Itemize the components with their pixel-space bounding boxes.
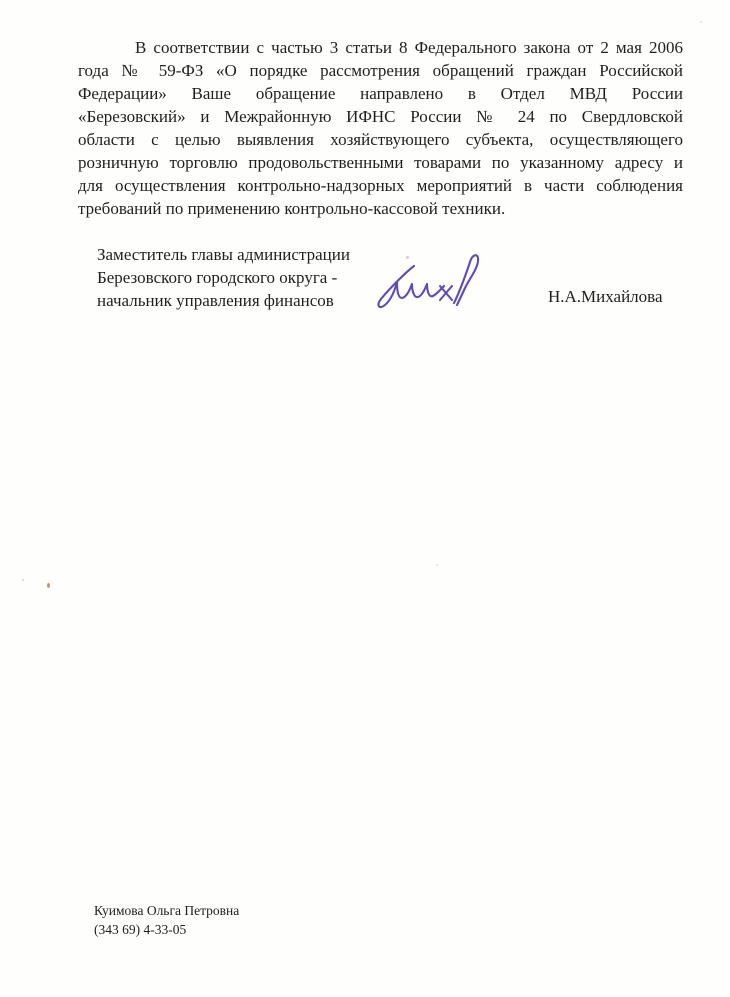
scan-speck [22,579,24,581]
scan-speck [700,21,702,23]
paragraph-line: Федерации» Ваше обращение направлено в О… [78,82,683,105]
paragraph-line: области с целью выявления хозяйствующего… [78,128,683,151]
paragraph-line: В соответствии с частью 3 статьи 8 Федер… [78,36,683,59]
contact-block: Куимова Ольга Петровна (343 69) 4-33-05 [94,902,239,939]
scan-speck [47,583,50,588]
signatory-name: Н.А.Михайлова [548,285,663,308]
paragraph-line: для осуществления контрольно-надзорных м… [78,174,683,197]
handwritten-signature-icon [362,248,492,318]
paragraph-line: года № 59-ФЗ «О порядке рассмотрения обр… [78,59,683,82]
body-paragraph: В соответствии с частью 3 статьи 8 Федер… [78,36,683,220]
contact-phone: (343 69) 4-33-05 [94,921,239,940]
scan-speck [406,256,409,259]
scan-speck [436,564,438,566]
scanned-letter-page: В соответствии с частью 3 статьи 8 Федер… [0,0,730,997]
contact-name: Куимова Ольга Петровна [94,902,239,921]
paragraph-line: розничную торговлю продовольственными то… [78,151,683,174]
paragraph-line: «Березовский» и Межрайонную ИФНС России … [78,105,683,128]
paragraph-line: требований по применению контрольно-касс… [78,197,683,220]
